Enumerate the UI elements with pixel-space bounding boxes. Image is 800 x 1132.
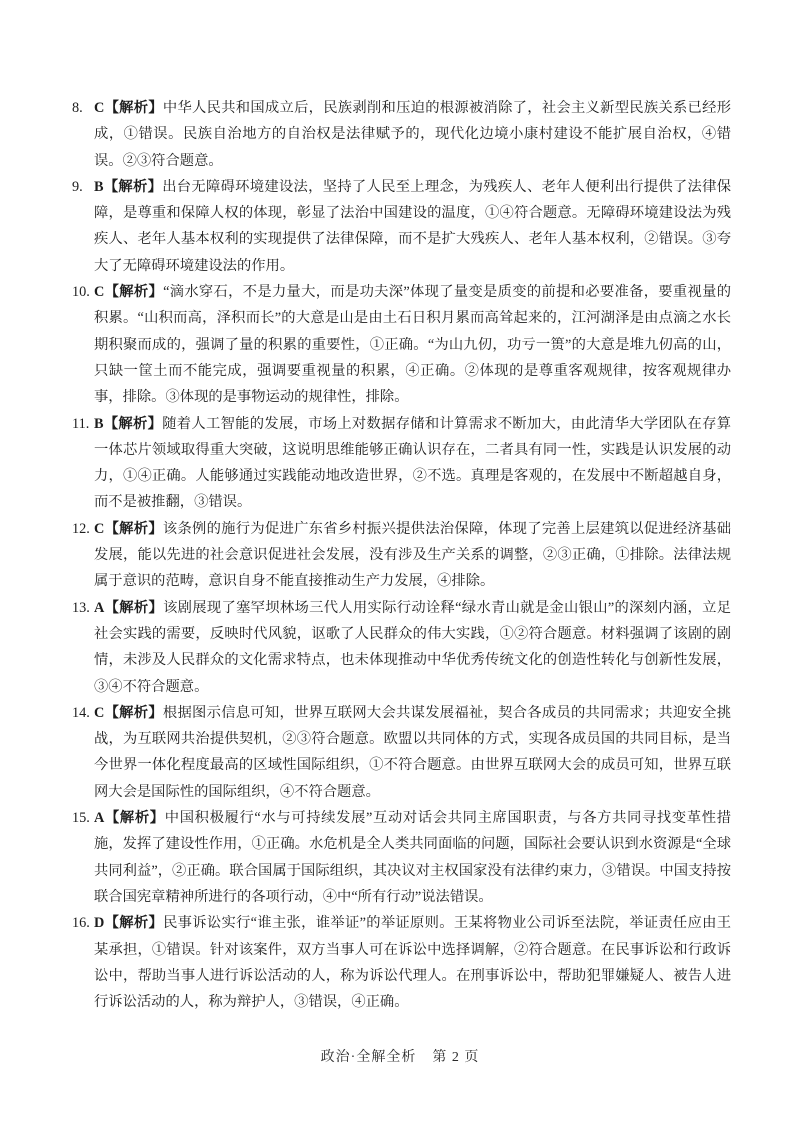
explanation-text: 民事诉讼实行“谁主张，谁举证”的举证原则。王某将物业公司诉至法院，举证责任应由王… <box>94 915 731 1010</box>
answer-letter: A <box>94 810 104 826</box>
answer-item: 16.D【解析】民事诉讼实行“谁主张，谁举证”的举证原则。王某将物业公司诉至法院… <box>72 910 731 1015</box>
explanation-tag: 【解析】 <box>104 705 163 721</box>
answer-item: 12.C【解析】该条例的施行为促进广东省乡村振兴提供法治保障，体现了完善上层建筑… <box>72 516 731 595</box>
answer-letter: C <box>94 521 104 537</box>
answer-number: 8. <box>72 95 83 121</box>
answer-letter: C <box>94 100 104 116</box>
answer-letter: D <box>94 915 104 931</box>
answer-letter: C <box>94 284 104 300</box>
answer-number: 11. <box>72 411 89 437</box>
answer-item: 10.C【解析】“滴水穿石，不是力量大，而是功夫深”体现了量变是质变的前提和必要… <box>72 279 731 410</box>
answer-list: 8.C【解析】中华人民共和国成立后，民族剥削和压迫的根源被消除了，社会主义新型民… <box>72 95 731 1015</box>
answer-number: 15. <box>72 805 90 831</box>
answer-letter: B <box>94 416 104 432</box>
answer-item: 13.A【解析】该剧展现了塞罕坝林场三代人用实际行动诠释“绿水青山就是金山银山”… <box>72 595 731 700</box>
answer-number: 13. <box>72 595 90 621</box>
answer-item: 14.C【解析】根据图示信息可知，世界互联网大会共谋发展福祉，契合各成员的共同需… <box>72 700 731 805</box>
answer-number: 10. <box>72 279 90 305</box>
explanation-text: 出台无障碍环境建设法，坚持了人民至上理念，为残疾人、老年人便利出行提供了法律保障… <box>94 179 731 274</box>
answer-item: 11.B【解析】随着人工智能的发展，市场上对数据存储和计算需求不断加大，由此清华… <box>72 411 731 516</box>
explanation-tag: 【解析】 <box>104 416 163 432</box>
explanation-text: “滴水穿石，不是力量大，而是功夫深”体现了量变是质变的前提和必要准备，要重视量的… <box>94 284 731 405</box>
explanation-tag: 【解析】 <box>104 284 163 300</box>
explanation-text: 中华人民共和国成立后，民族剥削和压迫的根源被消除了，社会主义新型民族关系已经形成… <box>94 100 731 169</box>
explanation-tag: 【解析】 <box>104 810 164 826</box>
footer-title: 政治·全解全析 <box>321 1050 417 1065</box>
answer-letter: C <box>94 705 104 721</box>
explanation-text: 该条例的施行为促进广东省乡村振兴提供法治保障，体现了完善上层建筑以促进经济基础发… <box>94 521 731 590</box>
explanation-tag: 【解析】 <box>104 179 163 195</box>
answer-letter: A <box>94 600 104 616</box>
answer-number: 14. <box>72 700 90 726</box>
explanation-tag: 【解析】 <box>104 521 163 537</box>
explanation-text: 该剧展现了塞罕坝林场三代人用实际行动诠释“绿水青山就是金山银山”的深刻内涵，立足… <box>94 600 731 695</box>
explanation-tag: 【解析】 <box>104 915 163 931</box>
answer-item: 15.A【解析】中国积极履行“水与可持续发展”互动对话会共同主席国职责，与各方共… <box>72 805 731 910</box>
answer-number: 16. <box>72 910 90 936</box>
document-page: { "footer": { "title": "政治·全解全析", "page"… <box>0 0 800 1132</box>
footer-page-number: 第 2 页 <box>432 1050 479 1065</box>
page-footer: 政治·全解全析第 2 页 <box>0 1046 800 1066</box>
answer-letter: B <box>94 179 104 195</box>
explanation-text: 随着人工智能的发展，市场上对数据存储和计算需求不断加大，由此清华大学团队在存算一… <box>94 416 731 511</box>
explanation-tag: 【解析】 <box>104 100 163 116</box>
answer-number: 9. <box>72 174 83 200</box>
answer-item: 9.B【解析】出台无障碍环境建设法，坚持了人民至上理念，为残疾人、老年人便利出行… <box>72 174 731 279</box>
answer-number: 12. <box>72 516 90 542</box>
answer-item: 8.C【解析】中华人民共和国成立后，民族剥削和压迫的根源被消除了，社会主义新型民… <box>72 95 731 174</box>
explanation-text: 中国积极履行“水与可持续发展”互动对话会共同主席国职责，与各方共同寻找变革性措施… <box>94 810 731 905</box>
explanation-tag: 【解析】 <box>104 600 163 616</box>
explanation-text: 根据图示信息可知，世界互联网大会共谋发展福祉，契合各成员的共同需求；共迎安全挑战… <box>94 705 731 800</box>
